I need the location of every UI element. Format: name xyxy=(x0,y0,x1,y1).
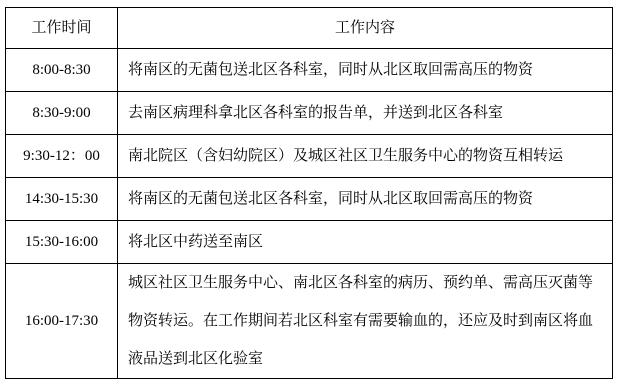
table-row: 14:30-15:30 将南区的无菌包送北区各科室，同时从北区取回需高压的物资 xyxy=(6,178,613,221)
table-row: 9:30-12：00 南北院区（含妇幼院区）及城区社区卫生服务中心的物资互相转运 xyxy=(6,135,613,178)
time-cell: 14:30-15:30 xyxy=(6,178,118,221)
table-row: 8:00-8:30 将南区的无菌包送北区各科室，同时从北区取回需高压的物资 xyxy=(6,49,613,92)
time-cell: 15:30-16:00 xyxy=(6,221,118,264)
time-cell: 16:00-17:30 xyxy=(6,264,118,379)
table-row: 15:30-16:00 将北区中药送至南区 xyxy=(6,221,613,264)
time-cell: 8:00-8:30 xyxy=(6,49,118,92)
content-cell: 将南区的无菌包送北区各科室，同时从北区取回需高压的物资 xyxy=(118,178,613,221)
content-cell: 去南区病理科拿北区各科室的报告单，并送到北区各科室 xyxy=(118,92,613,135)
content-cell: 将北区中药送至南区 xyxy=(118,221,613,264)
time-cell: 8:30-9:00 xyxy=(6,92,118,135)
content-cell: 南北院区（含妇幼院区）及城区社区卫生服务中心的物资互相转运 xyxy=(118,135,613,178)
document-page: 工作时间 工作内容 8:00-8:30 将南区的无菌包送北区各科室，同时从北区取… xyxy=(0,0,621,386)
time-cell: 9:30-12：00 xyxy=(6,135,118,178)
content-cell: 城区社区卫生服务中心、南北区各科室的病历、预约单、需高压灭菌等物资转运。在工作期… xyxy=(118,264,613,379)
content-cell: 将南区的无菌包送北区各科室，同时从北区取回需高压的物资 xyxy=(118,49,613,92)
header-work-time: 工作时间 xyxy=(6,8,118,49)
table-header-row: 工作时间 工作内容 xyxy=(6,8,613,49)
work-schedule-table: 工作时间 工作内容 8:00-8:30 将南区的无菌包送北区各科室，同时从北区取… xyxy=(5,7,613,379)
table-row: 16:00-17:30 城区社区卫生服务中心、南北区各科室的病历、预约单、需高压… xyxy=(6,264,613,379)
header-work-content: 工作内容 xyxy=(118,8,613,49)
table-row: 8:30-9:00 去南区病理科拿北区各科室的报告单，并送到北区各科室 xyxy=(6,92,613,135)
